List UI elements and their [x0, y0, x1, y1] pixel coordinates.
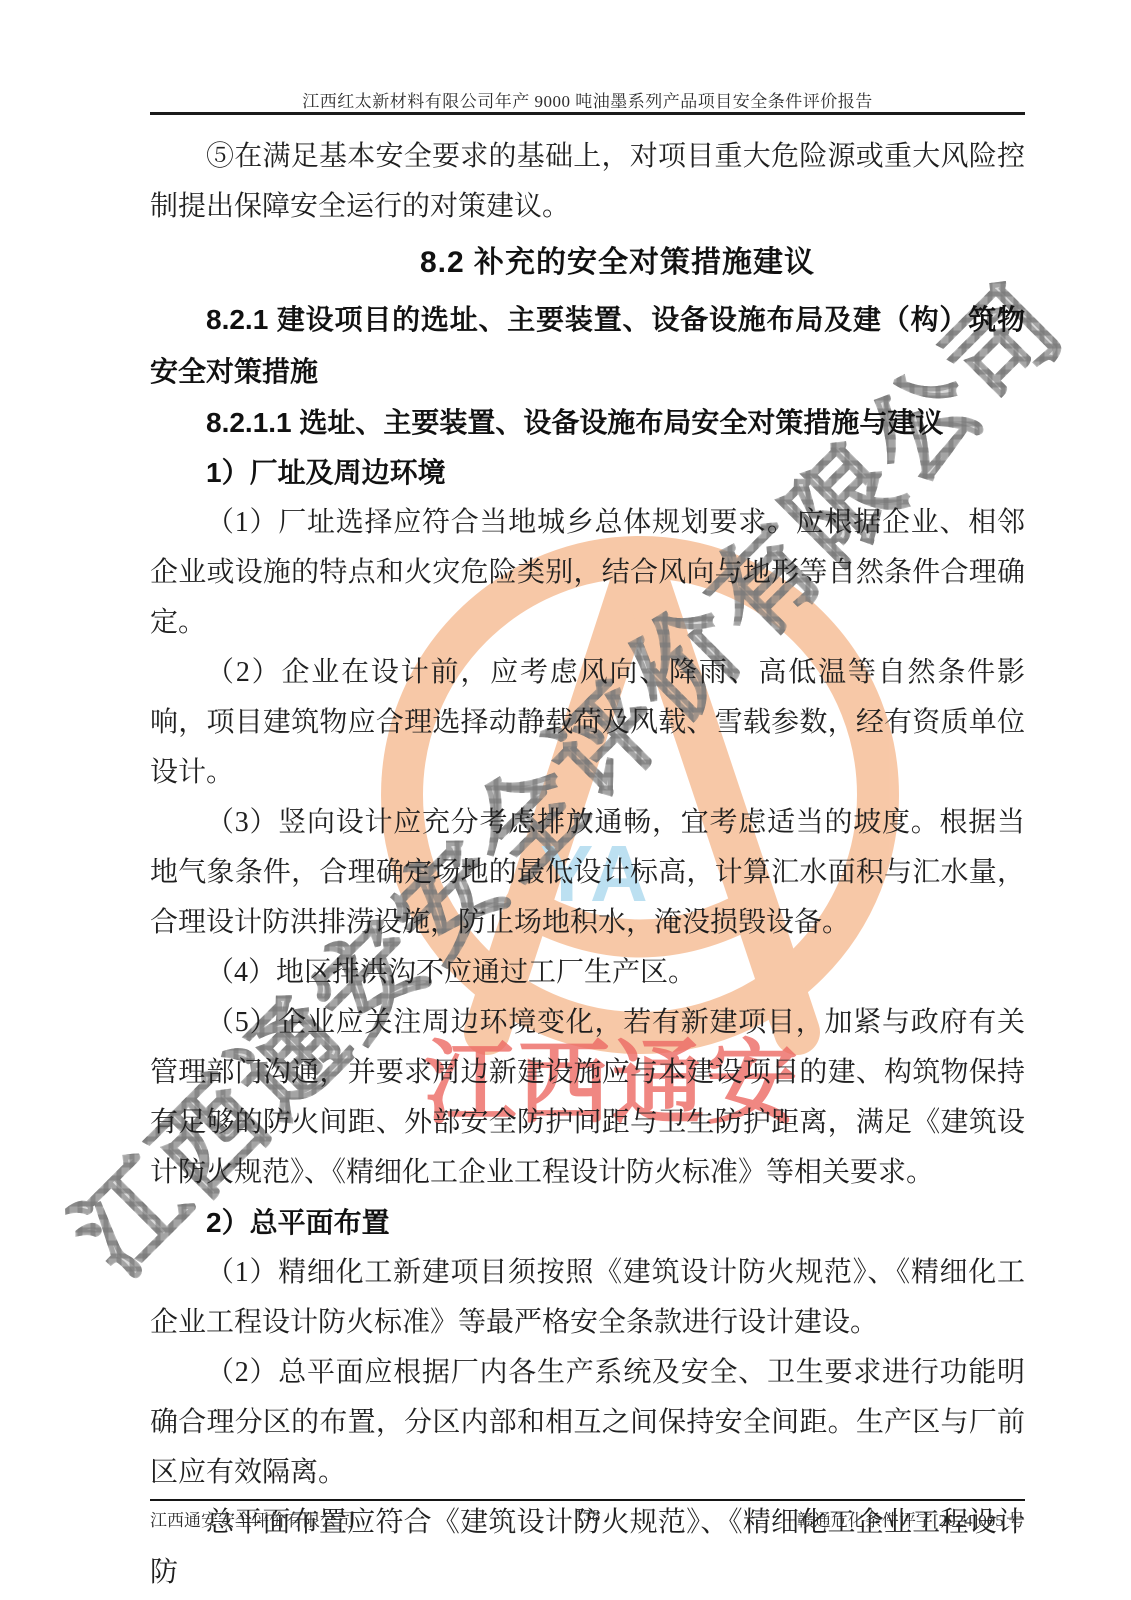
page-header-title: 江西红太新材料有限公司年产 9000 吨油墨系列产品项目安全条件评价报告	[150, 87, 1025, 112]
paragraph-site-4: （4）地区排洪沟不应通过工厂生产区。	[150, 948, 1025, 998]
heading-general-layout: 2）总平面布置	[150, 1198, 1025, 1248]
heading-site-environment: 1）厂址及周边环境	[150, 448, 1025, 498]
heading-8-2: 8.2 补充的安全对策措施建议	[150, 232, 1025, 294]
paragraph-site-2: （2）企业在设计前，应考虑风向、降雨、高低温等自然条件影响，项目建筑物应合理选择…	[150, 648, 1025, 798]
page-footer: 江西通安安全评价有限公司 138 赣通危化条件评字[2024]005 号	[150, 1506, 1025, 1531]
heading-8-2-1: 8.2.1 建设项目的选址、主要装置、设备设施布局及建（构）筑物安全对策措施	[150, 294, 1025, 398]
footer-rule	[150, 1499, 1025, 1501]
heading-8-2-1-1: 8.2.1.1 选址、主要装置、设备设施布局安全对策措施与建议	[150, 398, 1025, 448]
header-rule	[150, 112, 1025, 115]
footer-page-number: 138	[150, 1506, 1025, 1526]
paragraph-site-3: （3）竖向设计应充分考虑排放通畅，宜考虑适当的坡度。根据当地气象条件，合理确定场…	[150, 798, 1025, 948]
paragraph-site-5: （5）企业应关注周边环境变化，若有新建项目，加紧与政府有关管理部门沟通，并要求周…	[150, 998, 1025, 1198]
paragraph-site-1: （1）厂址选择应符合当地城乡总体规划要求。应根据企业、相邻企业或设施的特点和火灾…	[150, 498, 1025, 648]
document-page: YA 江西通安安全评价有限公司 江西通安 江西红太新材料有限公司年产 9000 …	[0, 0, 1131, 1600]
paragraph-layout-2: （2）总平面应根据厂内各生产系统及安全、卫生要求进行功能明确合理分区的布置，分区…	[150, 1348, 1025, 1498]
document-body: ⑤在满足基本安全要求的基础上，对项目重大危险源或重大风险控制提出保障安全运行的对…	[150, 132, 1025, 1598]
paragraph-layout-1: （1）精细化工新建项目须按照《建筑设计防火规范》、《精细化工企业工程设计防火标准…	[150, 1248, 1025, 1348]
paragraph-intro: ⑤在满足基本安全要求的基础上，对项目重大危险源或重大风险控制提出保障安全运行的对…	[150, 132, 1025, 232]
